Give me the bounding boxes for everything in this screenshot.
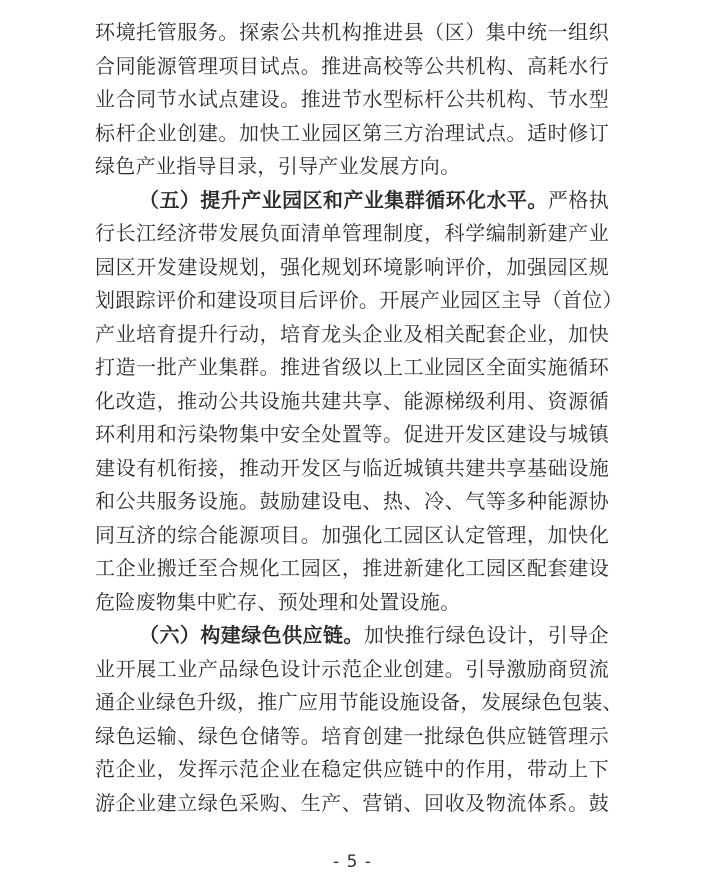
line-text: 绿色产业指导目录，引导产业发展方向。 [95, 154, 460, 178]
line-text: 和公共服务设施。鼓励建设电、热、冷、气等多种能源协 [95, 489, 609, 513]
line-text: 划跟踪评价和建设项目后评价。开展产业园区主导（首位） [95, 288, 623, 312]
line-text: 通企业绿色升级，推广应用节能设施设备，发展绿色包装、 [95, 690, 623, 714]
line-text: 严格执 [548, 188, 609, 212]
line-text: 业合同节水试点建设。推进节水型标杆公共机构、节水型 [95, 87, 609, 111]
line-text: 同互济的综合能源项目。加强化工园区认定管理，加快化 [95, 523, 609, 547]
line-text: 加快推行绿色设计，引导企 [364, 623, 609, 647]
document-page: 环境托管服务。探索公共机构推进县（区）集中统一组织合同能源管理项目试点。推进高校… [0, 0, 705, 891]
text-line: 化改造，推动公共设施共建共享、能源梯级利用、资源循 [95, 385, 609, 419]
line-text: 建设有机衔接，推动开发区与临近城镇共建共享基础设施 [95, 456, 609, 480]
line-text: 危险废物集中贮存、预处理和处置设施。 [95, 590, 460, 614]
line-text: 绿色运输、绿色仓储等。培育创建一批绿色供应链管理示 [95, 724, 609, 748]
text-line: 同互济的综合能源项目。加强化工园区认定管理，加快化 [95, 519, 609, 553]
line-text: 游企业建立绿色采购、生产、营销、回收及物流体系。鼓 [95, 791, 609, 815]
text-line: 通企业绿色升级，推广应用节能设施设备，发展绿色包装、 [95, 686, 609, 720]
line-text: 标杆企业创建。加快工业园区第三方治理试点。适时修订 [95, 121, 609, 145]
line-text: 化改造，推动公共设施共建共享、能源梯级利用、资源循 [95, 389, 609, 413]
line-text: 打造一批产业集群。推进省级以上工业园区全面实施循环 [95, 355, 609, 379]
line-text: 范企业，发挥示范企业在稳定供应链中的作用，带动上下 [95, 757, 609, 781]
text-line: 绿色产业指导目录，引导产业发展方向。 [95, 150, 609, 184]
line-text: 环利用和污染物集中安全处置等。促进开发区建设与城镇 [95, 422, 609, 446]
line-text: 工企业搬迁至合规化工园区，推进新建化工园区配套建设 [95, 556, 609, 580]
text-line: 标杆企业创建。加快工业园区第三方治理试点。适时修订 [95, 117, 609, 151]
text-line: 绿色运输、绿色仓储等。培育创建一批绿色供应链管理示 [95, 720, 609, 754]
document-body: 环境托管服务。探索公共机构推进县（区）集中统一组织合同能源管理项目试点。推进高校… [95, 16, 609, 820]
text-line: 环境托管服务。探索公共机构推进县（区）集中统一组织 [95, 16, 609, 50]
text-line: 合同能源管理项目试点。推进高校等公共机构、高耗水行 [95, 50, 609, 84]
paragraph-heading: （六）构建绿色供应链。 [139, 623, 364, 647]
text-line: 园区开发建设规划，强化规划环境影响评价，加强园区规 [95, 251, 609, 285]
line-text: 行长江经济带发展负面清单管理制度，科学编制新建产业 [95, 221, 609, 245]
text-line: 行长江经济带发展负面清单管理制度，科学编制新建产业 [95, 217, 609, 251]
text-line: 游企业建立绿色采购、生产、营销、回收及物流体系。鼓 [95, 787, 609, 821]
text-line: 业开展工业产品绿色设计示范企业创建。引导激励商贸流 [95, 653, 609, 687]
text-line: 划跟踪评价和建设项目后评价。开展产业园区主导（首位） [95, 284, 609, 318]
line-text: 合同能源管理项目试点。推进高校等公共机构、高耗水行 [95, 54, 609, 78]
text-line: 和公共服务设施。鼓励建设电、热、冷、气等多种能源协 [95, 485, 609, 519]
text-line: 环利用和污染物集中安全处置等。促进开发区建设与城镇 [95, 418, 609, 452]
text-line: 打造一批产业集群。推进省级以上工业园区全面实施循环 [95, 351, 609, 385]
line-text: 园区开发建设规划，强化规划环境影响评价，加强园区规 [95, 255, 609, 279]
page-number: - 5 - [333, 852, 372, 872]
page-footer: - 5 - [0, 852, 705, 872]
line-text: 业开展工业产品绿色设计示范企业创建。引导激励商贸流 [95, 657, 609, 681]
text-line: 产业培育提升行动，培育龙头企业及相关配套企业，加快 [95, 318, 609, 352]
line-text: 环境托管服务。探索公共机构推进县（区）集中统一组织 [95, 20, 609, 44]
line-text: 产业培育提升行动，培育龙头企业及相关配套企业，加快 [95, 322, 609, 346]
text-line: 范企业，发挥示范企业在稳定供应链中的作用，带动上下 [95, 753, 609, 787]
text-line: （六）构建绿色供应链。加快推行绿色设计，引导企 [95, 619, 609, 653]
text-line: 危险废物集中贮存、预处理和处置设施。 [95, 586, 609, 620]
text-line: 建设有机衔接，推动开发区与临近城镇共建共享基础设施 [95, 452, 609, 486]
text-line: （五）提升产业园区和产业集群循环化水平。严格执 [95, 184, 609, 218]
paragraph-heading: （五）提升产业园区和产业集群循环化水平。 [139, 188, 548, 212]
text-line: 业合同节水试点建设。推进节水型标杆公共机构、节水型 [95, 83, 609, 117]
text-line: 工企业搬迁至合规化工园区，推进新建化工园区配套建设 [95, 552, 609, 586]
